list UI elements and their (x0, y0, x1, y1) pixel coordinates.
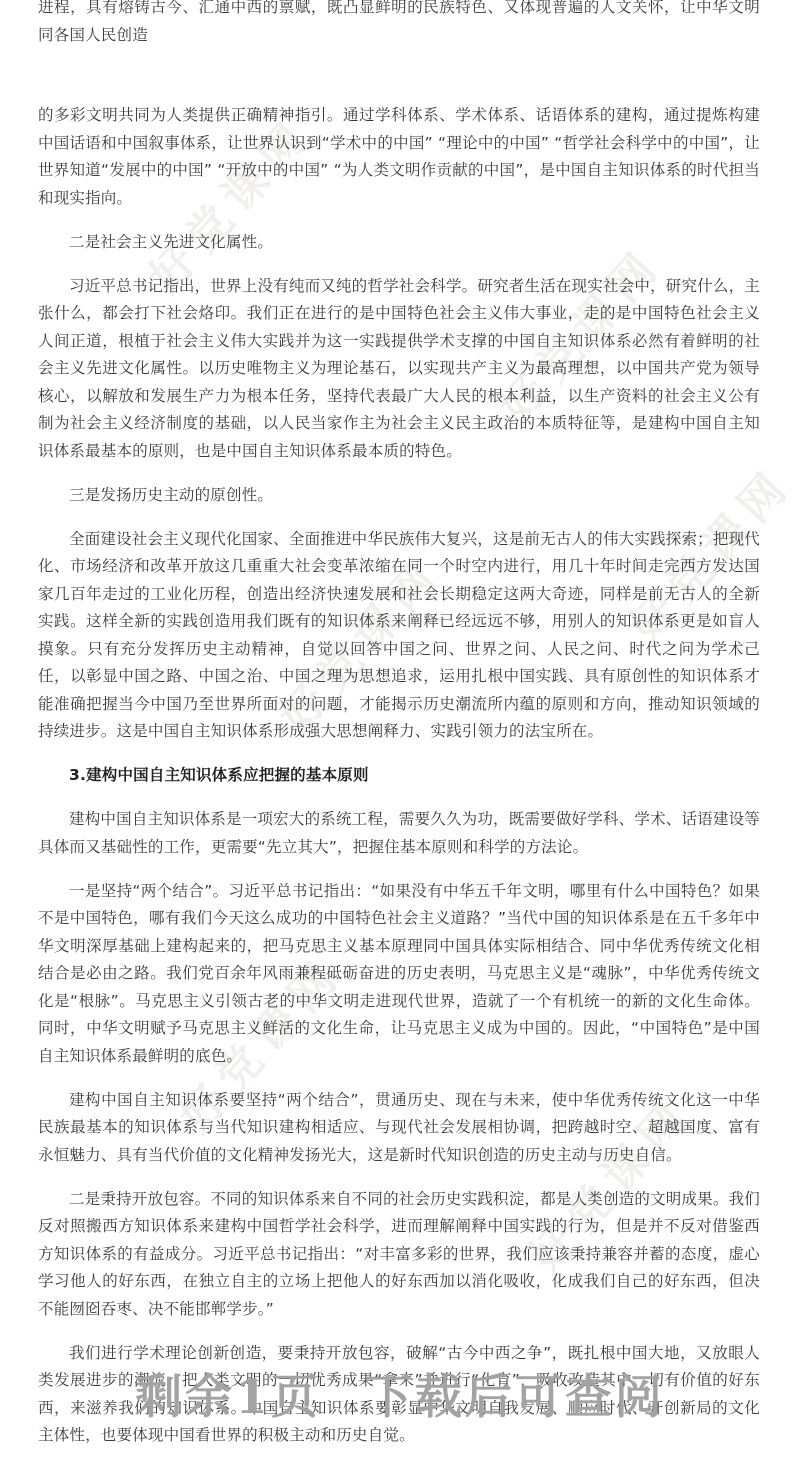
remaining-pages-label: 剩余1页 (135, 1370, 321, 1425)
download-hint-label: 下载后可查阅 (365, 1370, 665, 1425)
paragraph: 二是社会主义先进文化属性。 (38, 229, 760, 257)
paragraph: 一是坚持“两个结合”。习近平总书记指出：“如果没有中华五千年文明，哪里有什么中国… (38, 878, 760, 1071)
document-preview-page: 好党课网 好党课网 好党课网 好党课网 好党课网 好党课网 进程，具有熔铸古今、… (0, 0, 800, 1471)
paragraph: 建构中国自主知识体系要坚持“两个结合”，贯通历史、现在与未来，使中华优秀传统文化… (38, 1087, 760, 1170)
preview-footer: 剩余1页下载后可查阅 (0, 1360, 800, 1427)
paragraph: 三是发扬历史主动的原创性。 (38, 482, 760, 510)
document-body: 进程，具有熔铸古今、汇通中西的禀赋，既凸显鲜明的民族特色、又体现普遍的人文关怀，… (38, 0, 760, 1466)
section-heading: 3.建构中国自主知识体系应把握的基本原则 (38, 762, 760, 790)
paragraph: 建构中国自主知识体系是一项宏大的系统工程，需要久久为功，既需要做好学科、学术、话… (38, 806, 760, 861)
paragraph: 二是秉持开放包容。不同的知识体系来自不同的社会历史实践积淀，都是人类创造的文明成… (38, 1186, 760, 1324)
paragraph: 进程，具有熔铸古今、汇通中西的禀赋，既凸显鲜明的民族特色、又体现普遍的人文关怀，… (38, 0, 760, 49)
paragraph: 习近平总书记指出，世界上没有纯而又纯的哲学社会科学。研究者生活在现实社会中，研究… (38, 273, 760, 466)
paragraph: 的多彩文明共同为人类提供正确精神指引。通过学科体系、学术体系、话语体系的建构，通… (38, 102, 760, 212)
paragraph: 全面建设社会主义现代化国家、全面推进中华民族伟大复兴，这是前无古人的伟大实践探索… (38, 526, 760, 746)
